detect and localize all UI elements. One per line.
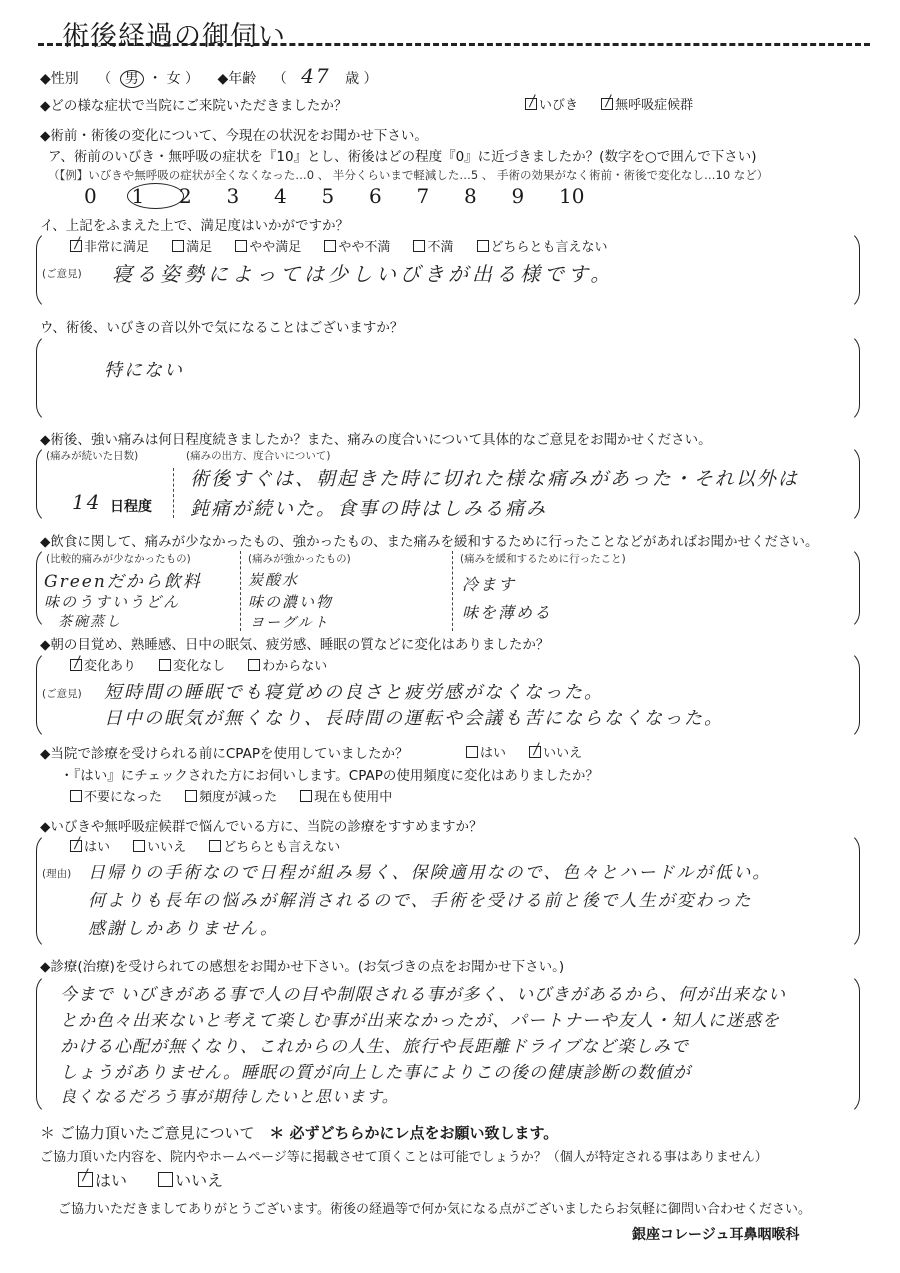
symptoms-question: ◆どの様な症状で当院にご来院いただきましたか？ [40, 94, 347, 114]
change-a-example: （【例】いびきや無呼吸の症状が全くなくなった…0 、 半分くらいまで軽減した…5… [48, 167, 768, 183]
consent-thanks: ご協力いただきましてありがとうございます。術後の経過等で何か気になる点がございま… [58, 1198, 811, 1217]
title-divider [38, 43, 870, 46]
cpap-question: ◆当院で診療を受けられる前にCPAPを使用していましたか？ [40, 742, 408, 762]
food-col2-item-3[interactable]: ヨーグルト [250, 612, 330, 632]
checkbox-checked-icon[interactable] [529, 746, 541, 758]
checkbox-checked-icon[interactable] [601, 98, 613, 110]
satisfaction-somewhat-satisfied[interactable]: やや満足 [235, 236, 301, 255]
sleep-option-unknown[interactable]: わからない [248, 655, 327, 674]
satisfaction-neutral[interactable]: どちらとも言えない [477, 236, 608, 255]
gender-option-male[interactable]: 男 [120, 70, 144, 88]
cpap-followup-still-using[interactable]: 現在も使用中 [300, 786, 392, 805]
satisfaction-satisfied[interactable]: 満足 [172, 236, 212, 255]
checkbox-checked-icon[interactable] [78, 1172, 93, 1187]
scale-10[interactable]: 10 [559, 184, 607, 208]
recommend-reason-line-1[interactable]: 日帰りの手術なので日程が組み易く、保険適用なので、色々とハードルが低い。 [88, 858, 771, 883]
scale-6[interactable]: 6 [369, 184, 417, 208]
pain-divider [173, 468, 174, 518]
clinic-name: 銀座コレージュ耳鼻咽喉科 [632, 1224, 799, 1244]
food-divider-2 [452, 551, 453, 631]
checkbox-icon[interactable] [477, 240, 489, 252]
checkbox-checked-icon[interactable] [70, 659, 82, 671]
consent-question: ご協力頂いた内容を、院内やホームページ等に掲載させて頂くことは可能でしょうか？（… [40, 1146, 768, 1165]
cpap-followup: ・『はい』にチェックされた方にお伺いします。CPAPの使用頻度に変化はありました… [60, 764, 599, 784]
sleep-option-changed[interactable]: 変化あり [70, 655, 136, 674]
scale-8[interactable]: 8 [464, 184, 512, 208]
change-header: ◆術前・術後の変化について、今現在の状況をお聞かせ下さい。 [40, 124, 428, 144]
profile-row: ◆性別 （ 男 ・ 女 ） ◆年齢 （ 47 歳 ） [40, 64, 378, 88]
sleep-opinion-line-1[interactable]: 短時間の睡眠でも寝覚めの良さと疲労感がなくなった。 [104, 678, 604, 704]
pain-days-unit: 日程度 [110, 496, 152, 516]
symptom-option-apnea[interactable]: 無呼吸症候群 [601, 94, 693, 113]
recommend-reason-line-3[interactable]: 感謝しかありません。 [88, 914, 279, 939]
checkbox-icon[interactable] [235, 240, 247, 252]
pain-degree-line-1[interactable]: 術後すぐは、朝起きた時に切れた様な痛みがあった・それ以外は [190, 464, 799, 491]
scale-3[interactable]: 3 [227, 184, 275, 208]
food-col1-label: (比較的痛みが少なかったもの) [46, 551, 191, 566]
checkbox-icon[interactable] [466, 746, 478, 758]
checkbox-icon[interactable] [133, 840, 145, 852]
impressions-line-1[interactable]: 今まで いびきがある事で人の目や制限される事が多く、いびきがあるから、何が出来な… [60, 980, 786, 1005]
checkbox-icon[interactable] [158, 1172, 173, 1187]
consent-options: はい いいえ [78, 1168, 241, 1191]
other-concerns-answer[interactable]: 特にない [104, 356, 184, 382]
food-col2-item-1[interactable]: 炭酸水 [248, 569, 299, 590]
gender-separator: ・ [148, 71, 162, 87]
recommend-reason-line-2[interactable]: 何よりも長年の悩みが解消されるので、手術を受ける前と後で人生が変わった [88, 886, 753, 911]
satisfaction-somewhat-dissatisfied[interactable]: やや不満 [324, 236, 390, 255]
cpap-option-yes[interactable]: はい [466, 742, 506, 761]
scale-0[interactable]: 0 [84, 184, 132, 208]
recommend-options: はい いいえ どちらとも言えない [70, 836, 358, 855]
impressions-line-4[interactable]: しょうがありません。睡眠の質が向上した事によりこの後の健康診断の数値が [60, 1058, 691, 1083]
impressions-line-2[interactable]: とか色々出来ないと考えて楽しむ事が出来なかったが、パートナーや友人・知人に迷惑を [60, 1006, 780, 1031]
improvement-scale: 012345678910 [84, 183, 607, 209]
symptom-option-snoring[interactable]: いびき [525, 94, 578, 113]
food-col1-item-2[interactable]: 味のうすいうどん [44, 591, 180, 612]
checkbox-icon[interactable] [248, 659, 260, 671]
food-col1-item-1[interactable]: Greenだから飲料 [44, 567, 202, 592]
age-unit: 歳 [345, 71, 359, 87]
sleep-options: 変化あり 変化なし わからない [70, 655, 345, 674]
change-a-question: ア、術前のいびき・無呼吸の症状を『10』とし、術後はどの程度『0』に近づきました… [48, 145, 757, 165]
checkbox-icon[interactable] [300, 790, 312, 802]
food-col1-item-3[interactable]: 茶碗蒸し [58, 611, 122, 631]
cpap-options: はい いいえ [466, 742, 600, 761]
page-title: 術後経過の御伺い [62, 14, 286, 53]
food-col2-label: (痛みが強かったもの) [248, 551, 351, 566]
checkbox-checked-icon[interactable] [525, 98, 537, 110]
consent-heading: ＊ ご協力頂いたご意見について ＊ 必ずどちらかにレ点をお願い致します。 [40, 1122, 558, 1143]
impressions-question: ◆診療(治療)を受けられての感想をお聞かせ下さい。(お気づきの点をお聞かせ下さい… [40, 955, 564, 975]
recommend-option-yes[interactable]: はい [70, 836, 110, 855]
recommend-option-neutral[interactable]: どちらとも言えない [209, 836, 340, 855]
scale-4[interactable]: 4 [274, 184, 322, 208]
gender-option-female[interactable]: 女 [167, 71, 181, 87]
consent-option-no[interactable]: いいえ [158, 1168, 223, 1191]
recommend-reason-label: (理由) [42, 866, 71, 881]
checkbox-checked-icon[interactable] [70, 240, 82, 252]
cpap-followup-options: 不要になった 頻度が減った 現在も使用中 [70, 786, 410, 805]
pain-days-value[interactable]: 14 [72, 490, 101, 514]
satisfaction-opinion-text[interactable]: 寝る姿勢によっては少しいびきが出る様です。 [112, 258, 614, 287]
sleep-opinion-label: (ご意見) [42, 686, 82, 701]
checkbox-icon[interactable] [324, 240, 336, 252]
satisfaction-opinion-label: (ご意見) [42, 266, 82, 281]
checkbox-icon[interactable] [209, 840, 221, 852]
checkbox-icon[interactable] [172, 240, 184, 252]
scale-5[interactable]: 5 [322, 184, 370, 208]
cpap-option-no[interactable]: いいえ [529, 742, 582, 761]
consent-heading-left: ＊ ご協力頂いたご意見について [40, 1124, 254, 1142]
food-col3-item-2[interactable]: 味を薄める [462, 600, 552, 623]
checkbox-icon[interactable] [70, 790, 82, 802]
gender-label: ◆性別 [40, 71, 79, 87]
symptoms-options: いびき 無呼吸症候群 [525, 94, 711, 113]
satisfaction-dissatisfied[interactable]: 不満 [413, 236, 453, 255]
consent-heading-right: ＊ 必ずどちらかにレ点をお願い致します。 [269, 1124, 558, 1142]
pain-degree-label: (痛みの出方、度合いについて) [186, 448, 330, 463]
checkbox-icon[interactable] [413, 240, 425, 252]
scale-7[interactable]: 7 [417, 184, 465, 208]
checkbox-icon[interactable] [185, 790, 197, 802]
age-value[interactable]: 47 [301, 64, 330, 88]
sleep-option-unchanged[interactable]: 変化なし [159, 655, 225, 674]
cpap-followup-no-longer-needed[interactable]: 不要になった [70, 786, 162, 805]
sleep-opinion-line-2[interactable]: 日中の眠気が無くなり、長時間の運転や会議も苦にならなくなった。 [104, 704, 724, 730]
satisfaction-very-satisfied[interactable]: 非常に満足 [70, 236, 149, 255]
scale-1[interactable]: 1 [132, 183, 180, 209]
food-col3-item-1[interactable]: 冷ます [462, 572, 516, 595]
pain-degree-line-2[interactable]: 鈍痛が続いた。食事の時はしみる痛み [190, 494, 547, 521]
food-divider-1 [240, 551, 241, 631]
food-col2-item-2[interactable]: 味の濃い物 [248, 591, 333, 612]
checkbox-checked-icon[interactable] [70, 840, 82, 852]
scale-9[interactable]: 9 [512, 184, 560, 208]
food-col3-label: (痛みを緩和するために行ったこと) [460, 551, 626, 566]
scale-2[interactable]: 2 [179, 184, 227, 208]
recommend-option-no[interactable]: いいえ [133, 836, 186, 855]
age-label: ◆年齢 [218, 71, 257, 87]
satisfaction-options: 非常に満足 満足 やや満足 やや不満 不満 どちらとも言えない [70, 236, 626, 255]
pain-days-label: (痛みが続いた日数) [46, 448, 138, 463]
impressions-line-5[interactable]: 良くなるだろう事が期待したいと思います。 [60, 1084, 399, 1107]
cpap-followup-reduced[interactable]: 頻度が減った [185, 786, 277, 805]
impressions-line-3[interactable]: かける心配が無くなり、これからの人生、旅行や長距離ドライブなど楽しみで [60, 1032, 689, 1057]
checkbox-icon[interactable] [159, 659, 171, 671]
consent-option-yes[interactable]: はい [78, 1168, 127, 1191]
